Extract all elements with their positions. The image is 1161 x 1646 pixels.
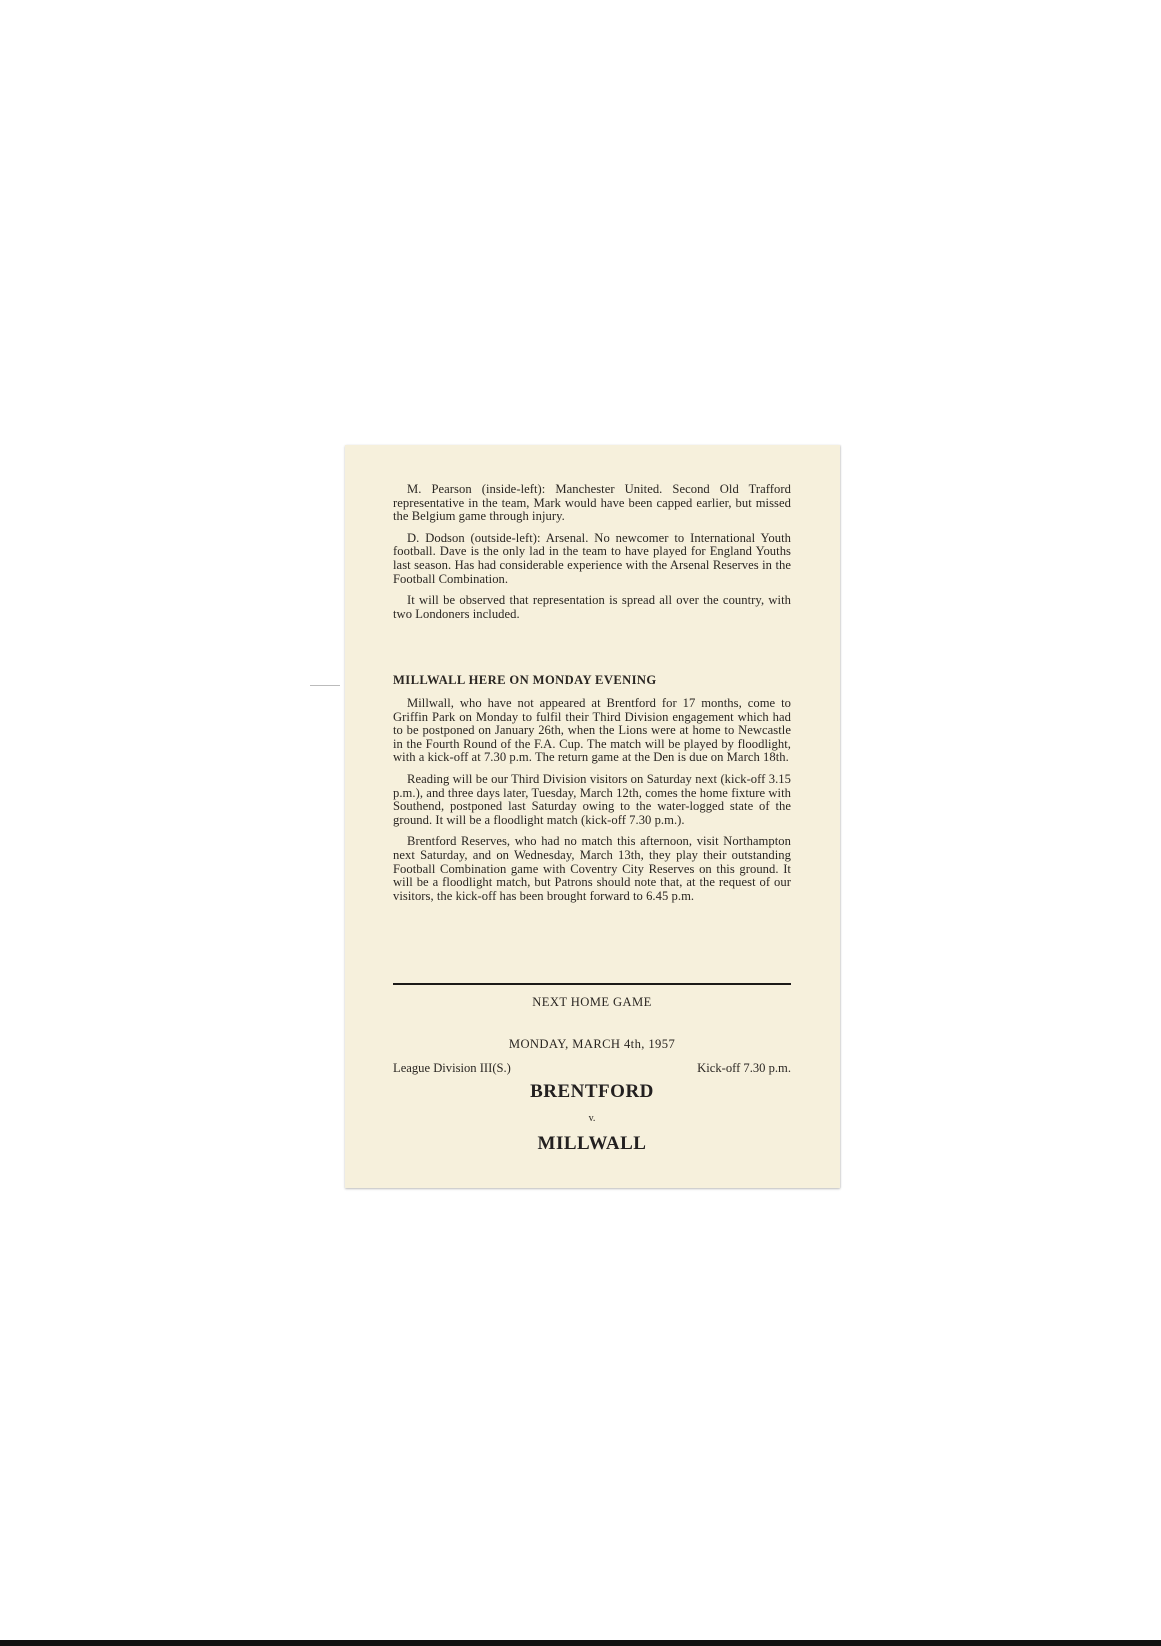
paragraph-representation: It will be observed that representation … [393, 594, 791, 621]
scan-mark [310, 685, 340, 686]
divider-rule [393, 983, 791, 985]
paragraph-millwall: Millwall, who have not appeared at Brent… [393, 697, 791, 765]
section-heading: MILLWALL HERE ON MONDAY EVENING [393, 673, 791, 687]
millwall-section: MILLWALL HERE ON MONDAY EVENING Millwall… [393, 673, 791, 911]
versus-label: v. [393, 1113, 791, 1124]
player-notes: M. Pearson (inside-left): Manchester Uni… [393, 483, 791, 629]
home-team: BRENTFORD [393, 1081, 791, 1103]
next-game-date: MONDAY, MARCH 4th, 1957 [393, 1037, 791, 1052]
paragraph-pearson: M. Pearson (inside-left): Manchester Uni… [393, 483, 791, 524]
paragraph-dodson: D. Dodson (outside-left): Arsenal. No ne… [393, 532, 791, 586]
away-team: MILLWALL [393, 1133, 791, 1155]
paragraph-reserves: Brentford Reserves, who had no match thi… [393, 835, 791, 903]
next-home-game-label: NEXT HOME GAME [393, 995, 791, 1010]
competition-label: League Division III(S.) [393, 1061, 511, 1076]
match-details: League Division III(S.) Kick-off 7.30 p.… [393, 1061, 791, 1076]
programme-page: M. Pearson (inside-left): Manchester Uni… [345, 445, 840, 1188]
paragraph-reading: Reading will be our Third Division visit… [393, 773, 791, 827]
kickoff-time: Kick-off 7.30 p.m. [697, 1061, 791, 1076]
scan-border-strip [0, 1640, 1161, 1646]
